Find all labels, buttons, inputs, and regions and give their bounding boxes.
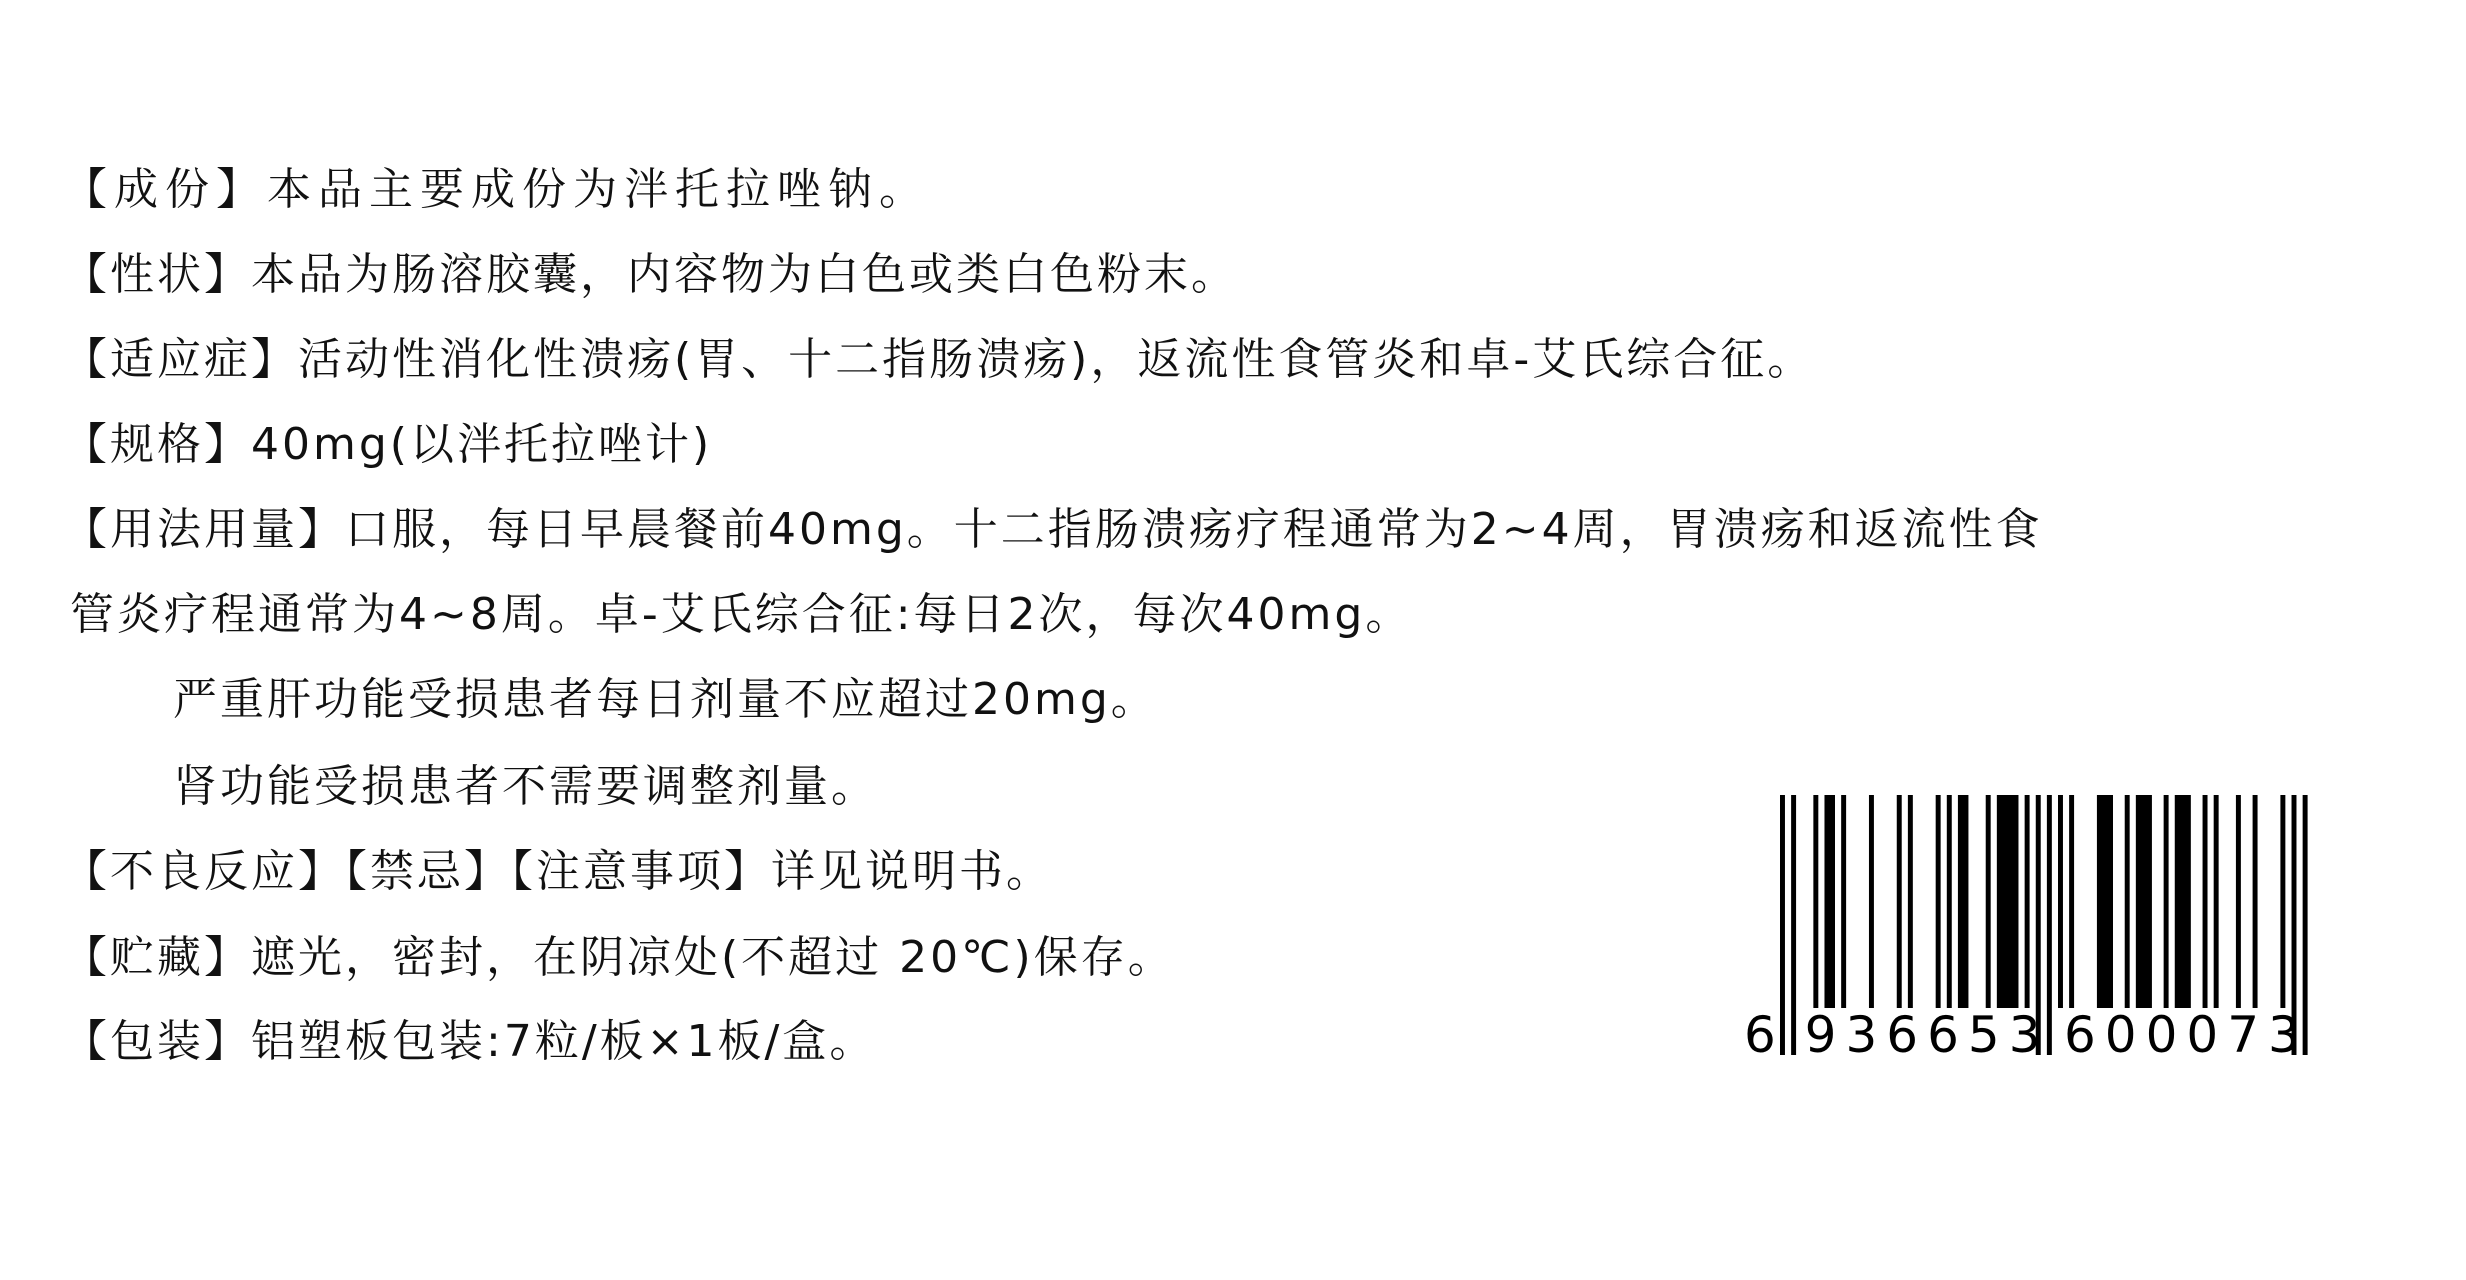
composition-text: 本品主要成份为泮托拉唑钠。 — [267, 164, 930, 215]
svg-text:6: 6 — [1744, 1006, 1785, 1064]
dosage-continuation-line: 管炎疗程通常为4~8周。卓-艾氏综合征:每日2次，每次40mg。 — [70, 585, 1412, 645]
indications-text: 活动性消化性溃疡(胃、十二指肠溃疡)，返流性食管炎和卓-艾氏综合征。 — [298, 334, 1814, 385]
composition-line: 【成份】本品主要成份为泮托拉唑钠。 — [63, 160, 930, 220]
specification-heading: 【规格】 — [63, 419, 251, 470]
dosage-text: 口服，每日早晨餐前40mg。十二指肠溃疡疗程通常为2~4周，胃溃疡和返流性食 — [345, 504, 2043, 555]
storage-heading: 【贮藏】 — [63, 932, 251, 983]
barcode-bars-icon: 6936653600073 — [1700, 780, 2340, 1070]
composition-heading: 【成份】 — [63, 164, 267, 215]
dosage-liver-text: 严重肝功能受损患者每日剂量不应超过20mg。 — [173, 674, 1158, 725]
dosage-liver-line: 严重肝功能受损患者每日剂量不应超过20mg。 — [173, 670, 1158, 730]
svg-text:600073: 600073 — [2064, 1006, 2309, 1064]
specification-text: 40mg(以泮托拉唑计) — [251, 419, 712, 470]
packaging-text: 铝塑板包装:7粒/板×1板/盒。 — [251, 1016, 876, 1067]
dosage-continuation-text: 管炎疗程通常为4~8周。卓-艾氏综合征:每日2次，每次40mg。 — [70, 589, 1412, 640]
dosage-kidney-text: 肾功能受损患者不需要调整剂量。 — [173, 761, 878, 812]
storage-line: 【贮藏】遮光，密封，在阴凉处(不超过 20℃)保存。 — [63, 928, 1175, 988]
specification-line: 【规格】40mg(以泮托拉唑计) — [63, 415, 712, 475]
packaging-heading: 【包装】 — [63, 1016, 251, 1067]
dosage-heading: 【用法用量】 — [63, 504, 345, 555]
package-label: 【成份】本品主要成份为泮托拉唑钠。 【性状】本品为肠溶胶囊，内容物为白色或类白色… — [0, 0, 2466, 1280]
dosage-kidney-line: 肾功能受损患者不需要调整剂量。 — [173, 757, 878, 817]
description-line: 【性状】本品为肠溶胶囊，内容物为白色或类白色粉末。 — [63, 245, 1238, 305]
svg-text:936653: 936653 — [1805, 1006, 2050, 1064]
adverse-contra-precautions-text: 详见说明书。 — [771, 846, 1053, 897]
packaging-line: 【包装】铝塑板包装:7粒/板×1板/盒。 — [63, 1012, 876, 1072]
indications-heading: 【适应症】 — [63, 334, 298, 385]
indications-line: 【适应症】活动性消化性溃疡(胃、十二指肠溃疡)，返流性食管炎和卓-艾氏综合征。 — [63, 330, 1814, 390]
adverse-contra-precautions-heading: 【不良反应】【禁忌】【注意事项】 — [63, 846, 771, 897]
storage-text: 遮光，密封，在阴凉处(不超过 20℃)保存。 — [251, 932, 1175, 983]
description-text: 本品为肠溶胶囊，内容物为白色或类白色粉末。 — [251, 249, 1238, 300]
description-heading: 【性状】 — [63, 249, 251, 300]
ean13-barcode: 6936653600073 — [1700, 780, 2340, 1070]
adverse-contra-precautions-line: 【不良反应】【禁忌】【注意事项】详见说明书。 — [63, 842, 1053, 902]
dosage-line: 【用法用量】口服，每日早晨餐前40mg。十二指肠溃疡疗程通常为2~4周，胃溃疡和… — [63, 500, 2043, 560]
